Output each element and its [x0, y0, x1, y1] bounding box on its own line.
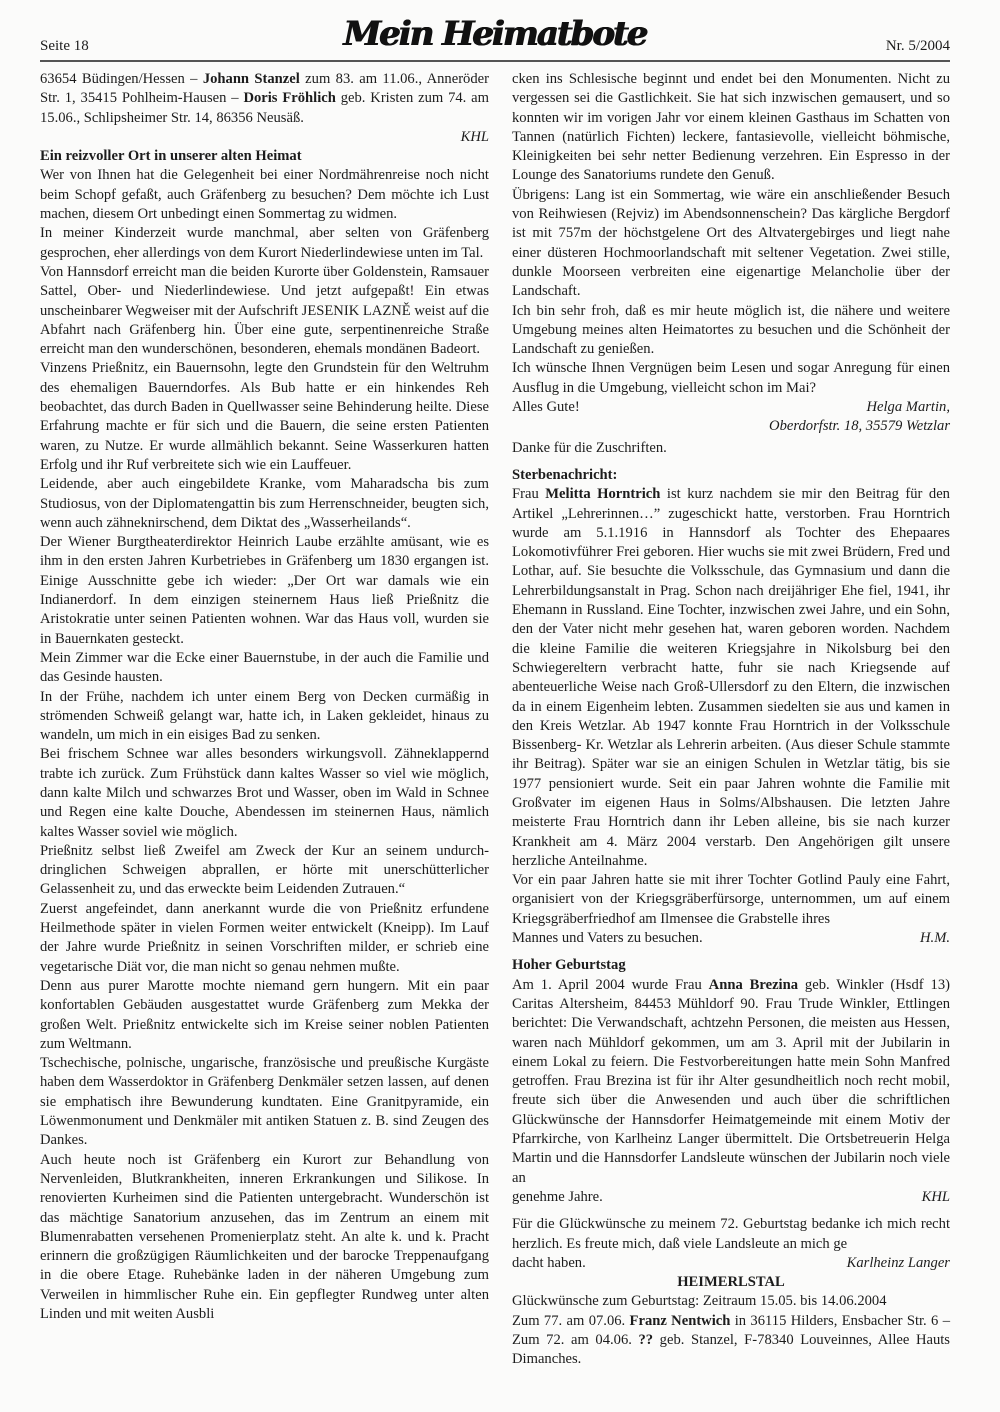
obituary-last-line: Mannes und Vaters zu besuchen. H.M. — [512, 929, 950, 948]
paragraph: Der Wiener Burgtheaterdirektor Heinrich … — [40, 533, 489, 649]
section-heading-heimerlstal: HEIMERLSTAL — [512, 1273, 950, 1292]
signature: H.M. — [920, 929, 950, 948]
paragraph: In meiner Kinderzeit wurde manchmal, abe… — [40, 224, 489, 263]
paragraph: Prießnitz selbst ließ Zweifel am Zweck d… — [40, 842, 489, 900]
paragraph: In der Frühe, nachdem ich unter einem Be… — [40, 688, 489, 746]
birthday-text: Am 1. April 2004 wurde Frau Anna Brezina… — [512, 976, 950, 1188]
heimerlstal-intro: Glückwünsche zum Geburtstag: Zeitraum 15… — [512, 1292, 950, 1311]
paragraph: Wer von Ihnen hat die Gelegenheit bei ei… — [40, 166, 489, 224]
thanks-note: Für die Glückwünsche zu meinem 72. Gebur… — [512, 1215, 950, 1254]
paragraph: Bei frischem Schnee war alles besonders … — [40, 745, 489, 841]
author-address: Oberdorfstr. 18, 35579 Wetzlar — [512, 417, 950, 436]
article-title: Ein reizvoller Ort in unserer alten Heim… — [40, 147, 489, 166]
closing-greeting: Alles Gute! — [512, 398, 580, 417]
birthday-last-line: genehme Jahre. KHL — [512, 1188, 950, 1207]
right-column: cken ins Schlesische beginnt und endet b… — [512, 70, 950, 1370]
paragraph: Übrigens: Lang ist ein Sommertag, wie wä… — [512, 186, 950, 302]
birthday-list-continued: 63654 Büdingen/Hessen – Johann Stanzel z… — [40, 70, 489, 128]
paragraph: Vinzens Prießnitz, ein Bauernsohn, legte… — [40, 359, 489, 475]
paragraph: Ich wünsche Ihnen Vergnügen beim Lesen u… — [512, 359, 950, 398]
page-number: Seite 18 — [40, 38, 89, 55]
paragraph: Von Hannsdorf erreicht man die beiden Ku… — [40, 263, 489, 359]
left-column: 63654 Büdingen/Hessen – Johann Stanzel z… — [40, 70, 489, 1324]
paragraph: Zuerst angefeindet, dann anerkannt wurde… — [40, 900, 489, 977]
signature: KHL — [922, 1188, 950, 1207]
signature: Karlheinz Langer — [847, 1254, 950, 1273]
header-rule — [40, 60, 950, 62]
paragraph: Leidende, aber auch eingebildete Kranke,… — [40, 475, 489, 533]
page-header: Seite 18 Mein Heimatbote Nr. 5/2004 — [40, 0, 950, 62]
heimerlstal-entries: Zum 77. am 07.06. Franz Nentwich in 3611… — [512, 1312, 950, 1370]
masthead-logo: Mein Heimatbote — [344, 14, 647, 54]
paragraph: Auch heute noch ist Gräfenberg ein Kuror… — [40, 1151, 489, 1325]
obituary-text: Frau Melitta Horntrich ist kurz nachdem … — [512, 485, 950, 871]
author-name: Helga Martin, — [866, 398, 950, 417]
thanks-note-last-line: dacht haben. Karlheinz Langer — [512, 1254, 950, 1273]
paragraph: Ich bin sehr froh, daß es mir heute mögl… — [512, 302, 950, 360]
paragraph: Tschechische, polnische, ungarische, fra… — [40, 1054, 489, 1150]
paragraph: cken ins Schlesische beginnt und endet b… — [512, 70, 950, 186]
obituary-text-2: Vor ein paar Jahren hatte sie mit ihrer … — [512, 871, 950, 929]
paragraph: Mein Zimmer war die Ecke einer Bauernstu… — [40, 649, 489, 688]
birthday-title: Hoher Geburtstag — [512, 956, 950, 975]
obituary-title: Sterbenachricht: — [512, 466, 950, 485]
thanks-line: Danke für die Zuschriften. — [512, 439, 950, 458]
closing-line: Alles Gute! Helga Martin, — [512, 398, 950, 417]
paragraph: Denn aus purer Marotte mochte niemand ge… — [40, 977, 489, 1054]
issue-number: Nr. 5/2004 — [886, 38, 950, 55]
signature: KHL — [40, 128, 489, 147]
